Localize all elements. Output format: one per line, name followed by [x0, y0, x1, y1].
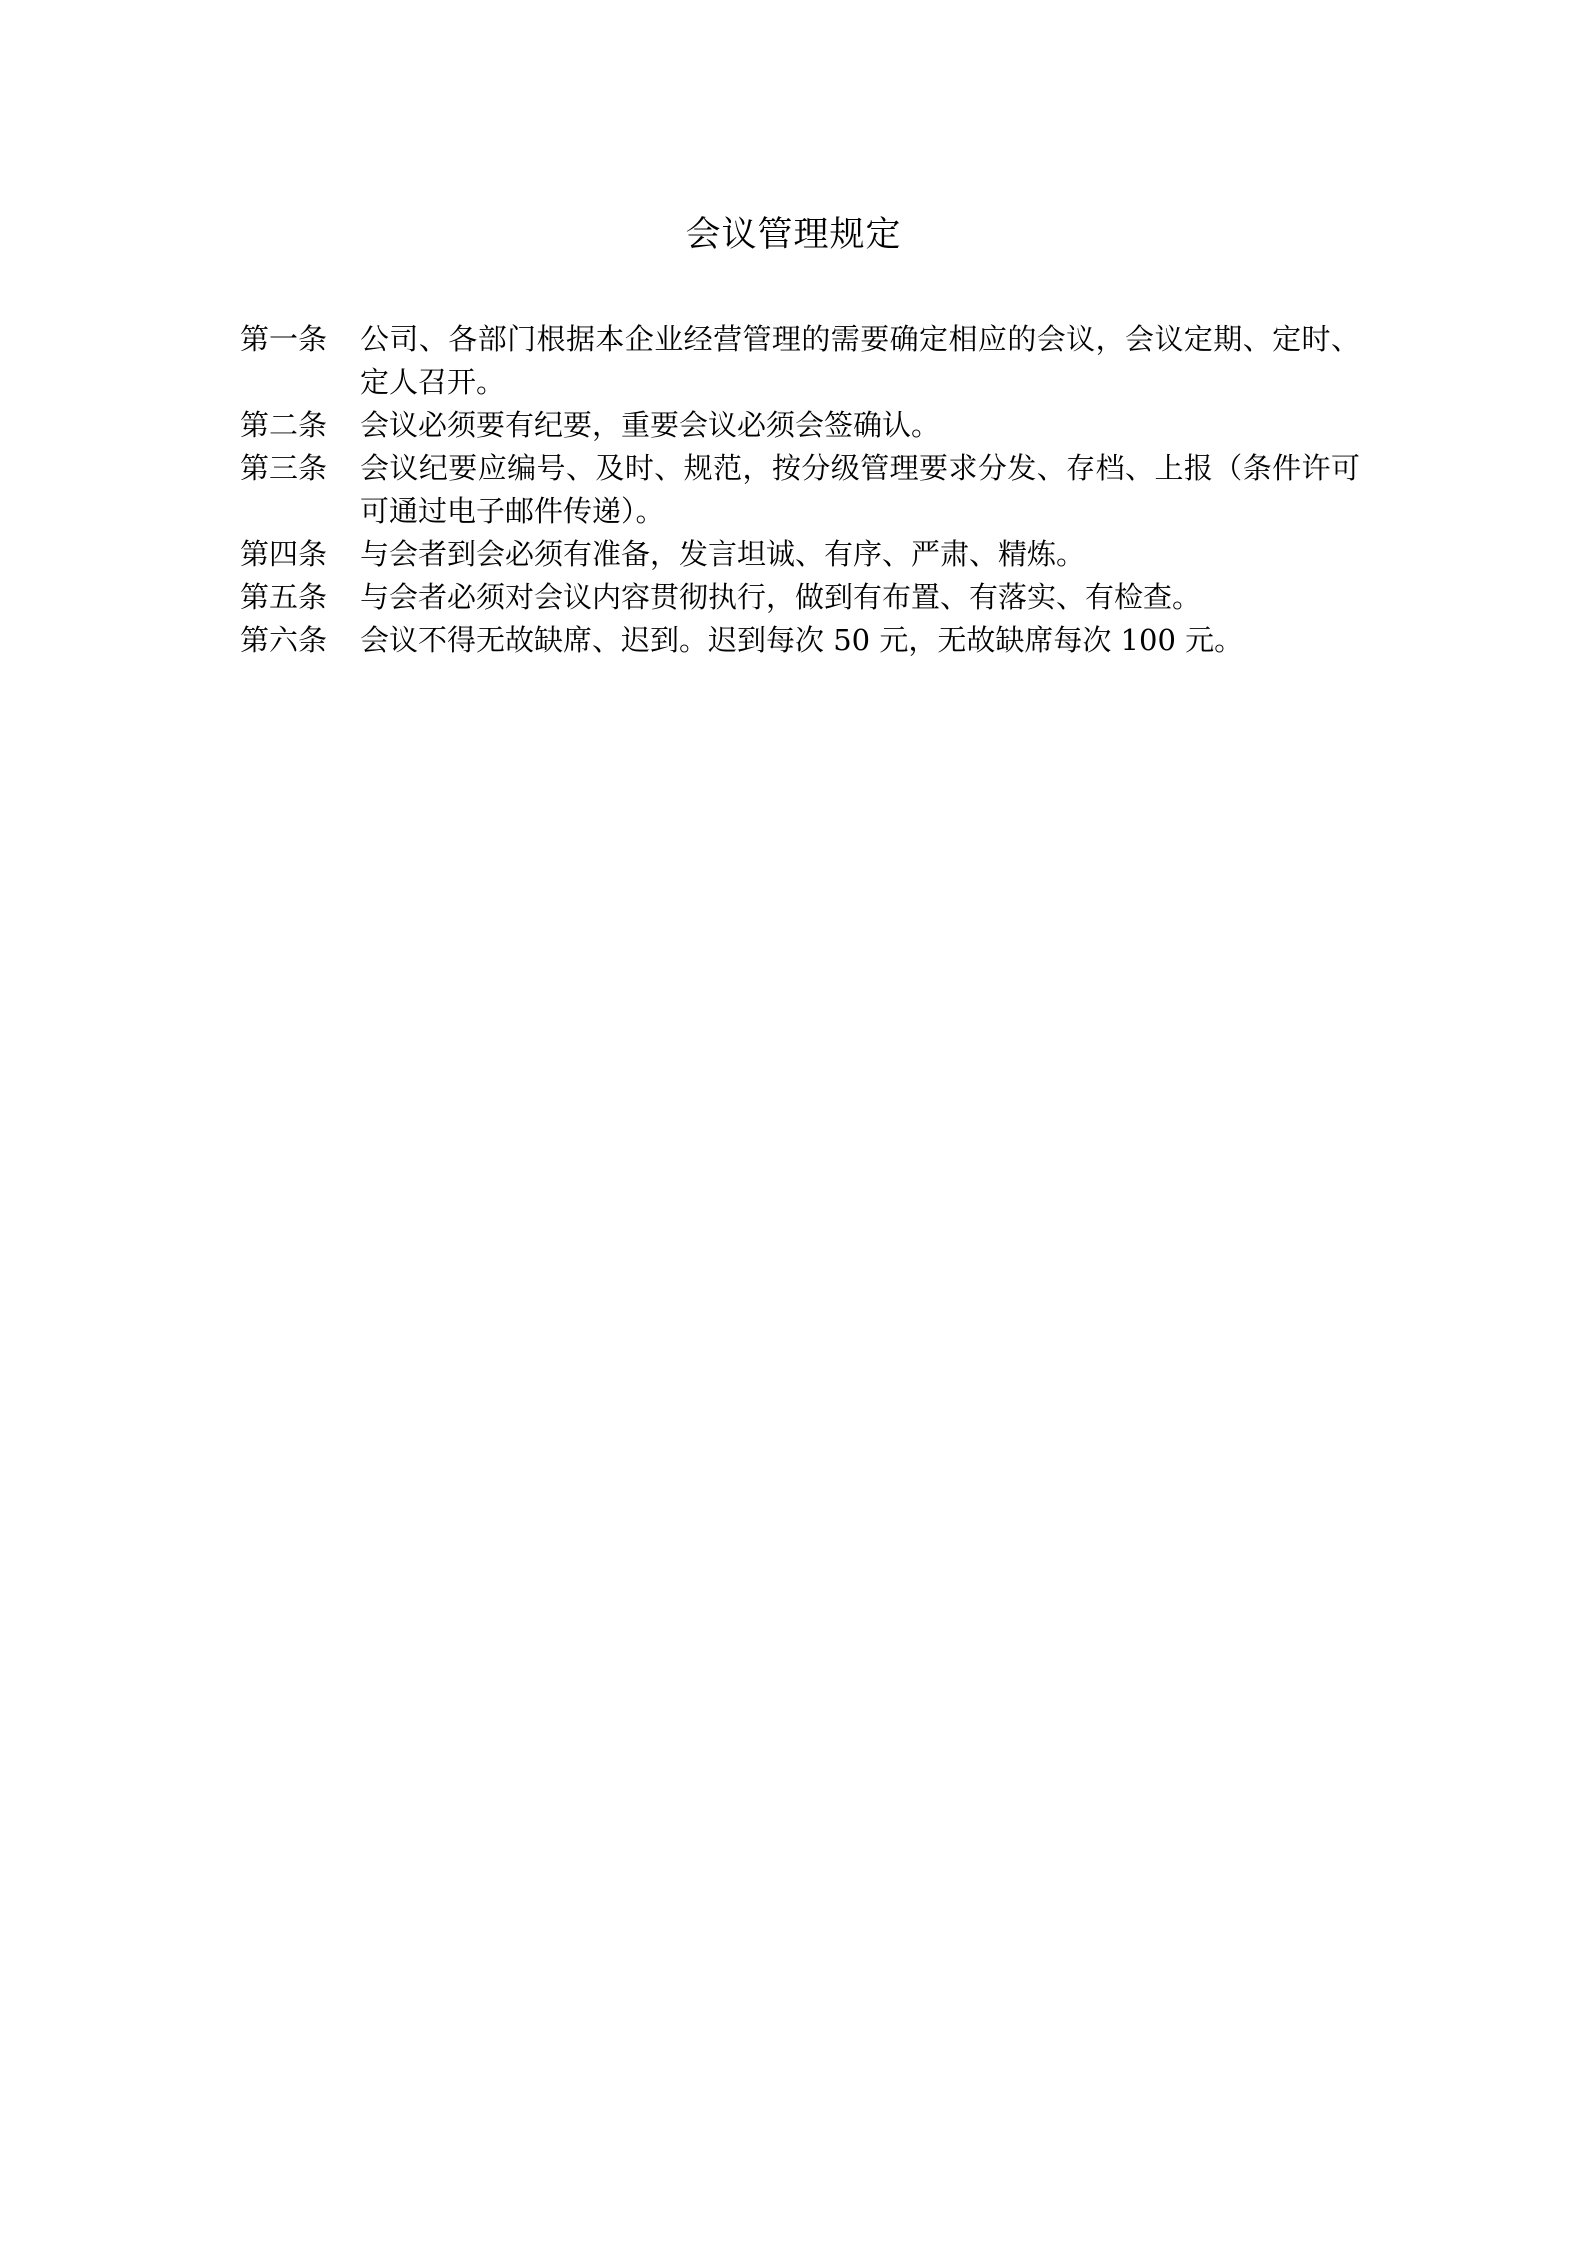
article-number: 第五条 — [240, 576, 360, 619]
article-item: 第四条 与会者到会必须有准备，发言坦诚、有序、严肃、精炼。 — [240, 533, 1360, 576]
article-item: 第六条 会议不得无故缺席、迟到。迟到每次 50 元，无故缺席每次 100 元。 — [240, 619, 1360, 662]
document-title: 会议管理规定 — [0, 210, 1587, 260]
article-number: 第四条 — [240, 533, 360, 576]
document-page: 会议管理规定 第一条 公司、各部门根据本企业经营管理的需要确定相应的会议，会议定… — [0, 0, 1587, 2245]
article-number: 第二条 — [240, 404, 360, 447]
article-text: 与会者到会必须有准备，发言坦诚、有序、严肃、精炼。 — [360, 533, 1360, 576]
article-text: 会议必须要有纪要，重要会议必须会签确认。 — [360, 404, 1360, 447]
article-item: 第二条 会议必须要有纪要，重要会议必须会签确认。 — [240, 404, 1360, 447]
article-number: 第六条 — [240, 619, 360, 662]
article-text: 会议不得无故缺席、迟到。迟到每次 50 元，无故缺席每次 100 元。 — [360, 619, 1360, 662]
article-number: 第三条 — [240, 447, 360, 490]
article-item: 第五条 与会者必须对会议内容贯彻执行，做到有布置、有落实、有检查。 — [240, 576, 1360, 619]
article-text: 与会者必须对会议内容贯彻执行，做到有布置、有落实、有检查。 — [360, 576, 1360, 619]
article-item: 第一条 公司、各部门根据本企业经营管理的需要确定相应的会议，会议定期、定时、定人… — [240, 318, 1360, 404]
article-list: 第一条 公司、各部门根据本企业经营管理的需要确定相应的会议，会议定期、定时、定人… — [240, 318, 1360, 662]
article-text: 公司、各部门根据本企业经营管理的需要确定相应的会议，会议定期、定时、定人召开。 — [360, 318, 1360, 404]
article-number: 第一条 — [240, 318, 360, 361]
article-item: 第三条 会议纪要应编号、及时、规范，按分级管理要求分发、存档、上报（条件许可可通… — [240, 447, 1360, 533]
article-text: 会议纪要应编号、及时、规范，按分级管理要求分发、存档、上报（条件许可可通过电子邮… — [360, 447, 1360, 533]
